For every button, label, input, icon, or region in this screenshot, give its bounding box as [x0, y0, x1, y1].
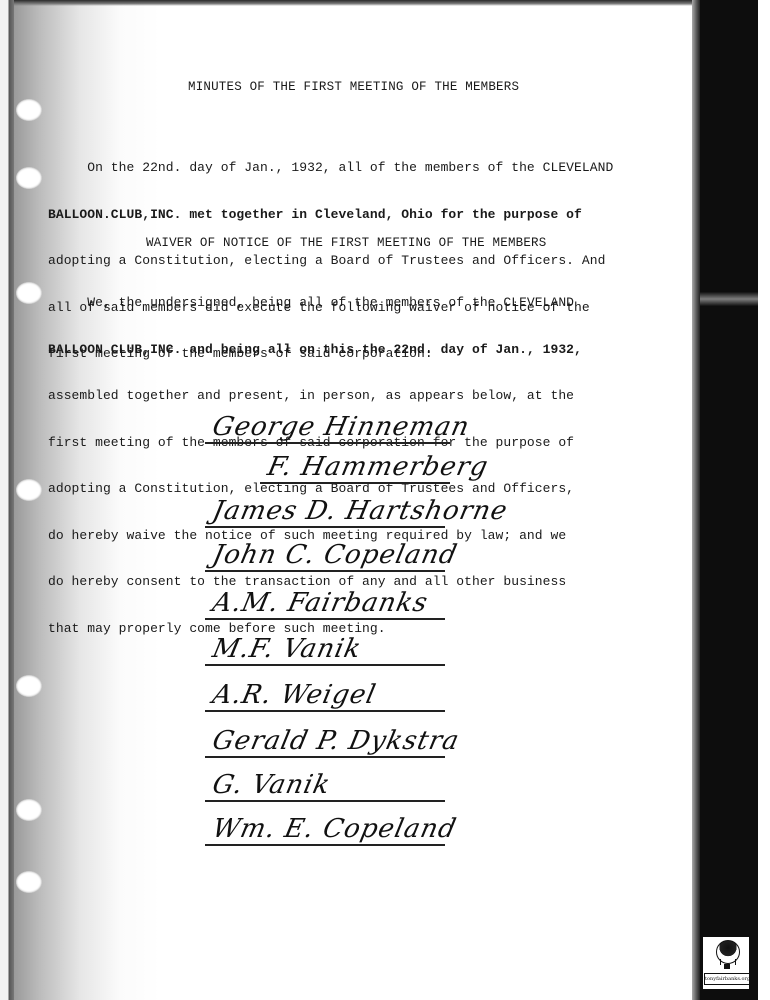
- waiver-line: BALLOON CLUB,INC. and being all on this …: [48, 342, 582, 358]
- signature: A.M. Fairbanks: [210, 588, 431, 618]
- punch-hole: [16, 675, 42, 697]
- signature-rule: [205, 618, 445, 620]
- watermark-logo: tonyfairbanks.org: [703, 937, 749, 989]
- signature-rule: [205, 664, 445, 666]
- document-page: MINUTES OF THE FIRST MEETING OF THE MEMB…: [0, 0, 700, 1000]
- intro-line: BALLOON.CLUB,INC. met together in Clevel…: [48, 207, 613, 223]
- signature-rule: [205, 710, 445, 712]
- signature: F. Hammerberg: [265, 452, 491, 482]
- page-left-edge: [0, 0, 14, 1000]
- punch-hole: [16, 871, 42, 893]
- signature: James D. Hartshorne: [210, 496, 511, 526]
- signature-line: A.R. Weigel: [205, 668, 445, 712]
- signature: Wm. E. Copeland: [210, 814, 460, 844]
- signature-line: John C. Copeland: [205, 528, 445, 572]
- signature-line: Gerald P. Dykstra: [205, 714, 445, 758]
- punch-hole: [16, 167, 42, 189]
- document-title: MINUTES OF THE FIRST MEETING OF THE MEMB…: [188, 80, 519, 94]
- signature: George Hinneman: [210, 412, 473, 442]
- waiver-title: WAIVER OF NOTICE OF THE FIRST MEETING OF…: [146, 236, 546, 250]
- signature-line: G. Vanik: [205, 758, 445, 802]
- binder-reflection: [700, 292, 758, 306]
- watermark-text: tonyfairbanks.org: [704, 973, 750, 985]
- page-right-edge: [692, 0, 700, 1000]
- signature: Gerald P. Dykstra: [210, 726, 462, 756]
- signature-line: George Hinneman: [205, 400, 450, 444]
- signature-line: Wm. E. Copeland: [205, 802, 445, 846]
- signature: A.R. Weigel: [210, 680, 379, 710]
- page-top-edge: [0, 0, 700, 6]
- signature: John C. Copeland: [210, 540, 460, 570]
- signature-line: F. Hammerberg: [260, 440, 450, 484]
- punch-hole: [16, 99, 42, 121]
- signature-line: A.M. Fairbanks: [205, 576, 445, 620]
- intro-line: On the 22nd. day of Jan., 1932, all of t…: [48, 160, 613, 176]
- signature: G. Vanik: [210, 770, 333, 800]
- signature-line: M.F. Vanik: [205, 622, 445, 666]
- signature-line: James D. Hartshorne: [205, 484, 445, 528]
- balloon-basket: [724, 964, 730, 969]
- waiver-line: We, the undersigned, being all of the me…: [48, 295, 582, 311]
- signature: M.F. Vanik: [210, 634, 365, 664]
- punch-hole: [16, 799, 42, 821]
- image-border: [758, 0, 770, 1000]
- punch-hole: [16, 282, 42, 304]
- punch-hole: [16, 479, 42, 501]
- signature-rule: [205, 844, 445, 846]
- signature-rule: [205, 570, 445, 572]
